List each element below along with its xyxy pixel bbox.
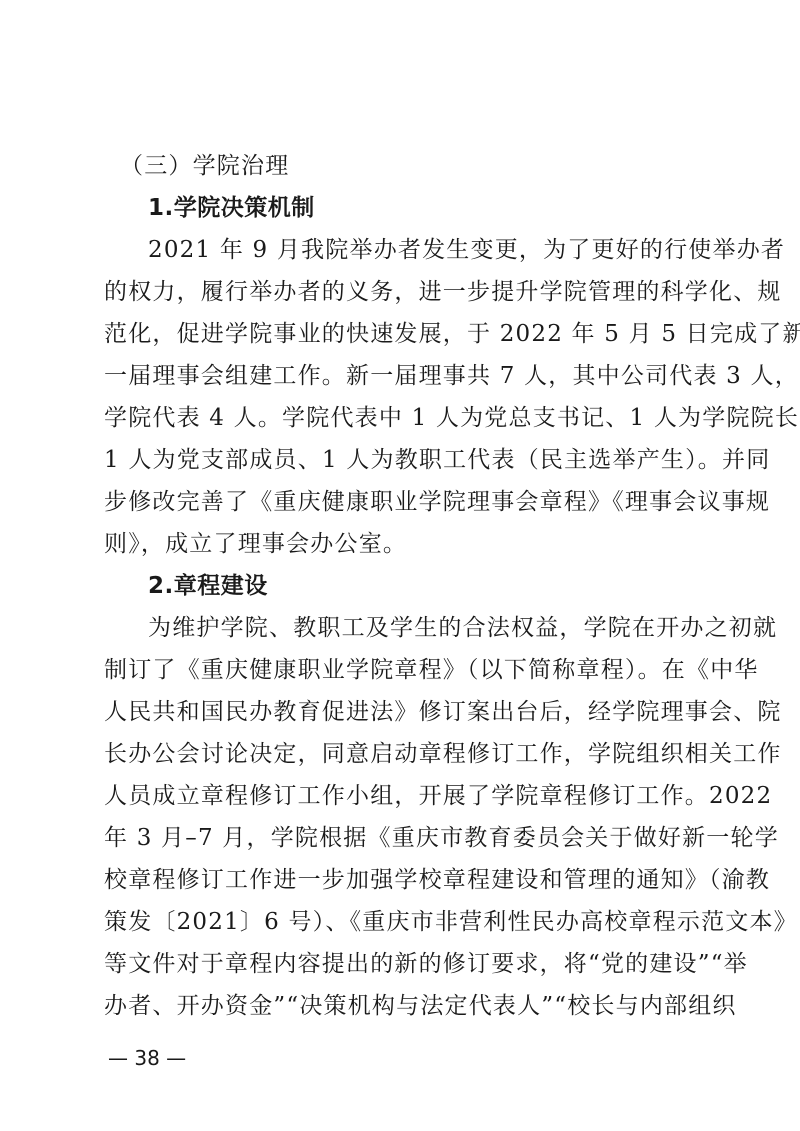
paragraph-line: 步修改完善了《重庆健康职业学院理事会章程》《理事会议事规 <box>104 484 700 520</box>
subsection-2-title: 2.章程建设 <box>148 568 700 604</box>
paragraph-line: 策发〔2021〕6 号）、《重庆市非营利性民办高校章程示范文本》 <box>104 904 700 940</box>
paragraph-line: 制订了《重庆健康职业学院章程》（以下简称章程）。在《中华 <box>104 652 700 688</box>
paragraph-line: 长办公会讨论决定，同意启动章程修订工作，学院组织相关工作 <box>104 736 700 772</box>
subsection-1-title: 1.学院决策机制 <box>148 190 700 226</box>
document-page: （三）学院治理 1.学院决策机制 2021 年 9 月我院举办者发生变更，为了更… <box>0 0 800 1131</box>
paragraph-line: 人民共和国民办教育促进法》修订案出台后，经学院理事会、院 <box>104 694 700 730</box>
paragraph-line: 学院代表 4 人。学院代表中 1 人为党总支书记、1 人为学院院长、 <box>104 400 700 436</box>
paragraph-line: 1 人为党支部成员、1 人为教职工代表（民主选举产生）。并同 <box>104 442 700 478</box>
paragraph-line: 则》，成立了理事会办公室。 <box>104 526 700 562</box>
paragraph-line: 年 3 月–7 月，学院根据《重庆市教育委员会关于做好新一轮学 <box>104 820 700 856</box>
paragraph-line: 2021 年 9 月我院举办者发生变更，为了更好的行使举办者 <box>148 232 700 268</box>
paragraph-line: 等文件对于章程内容提出的新的修订要求，将“党的建设”“举 <box>104 946 700 982</box>
paragraph-line: 办者、开办资金”“决策机构与法定代表人”“校长与内部组织 <box>104 988 700 1024</box>
paragraph-line: 校章程修订工作进一步加强学校章程建设和管理的通知》（渝教 <box>104 862 700 898</box>
paragraph-line: 人员成立章程修订工作小组，开展了学院章程修订工作。2022 <box>104 778 700 814</box>
section-heading: （三）学院治理 <box>120 148 716 184</box>
page-number: — 38 — <box>108 1044 186 1072</box>
paragraph-line: 为维护学院、教职工及学生的合法权益，学院在开办之初就 <box>148 610 700 646</box>
paragraph-line: 一届理事会组建工作。新一届理事共 7 人，其中公司代表 3 人， <box>104 358 700 394</box>
paragraph-line: 范化，促进学院事业的快速发展，于 2022 年 5 月 5 日完成了新 <box>104 316 700 352</box>
paragraph-line: 的权力，履行举办者的义务，进一步提升学院管理的科学化、规 <box>104 274 700 310</box>
